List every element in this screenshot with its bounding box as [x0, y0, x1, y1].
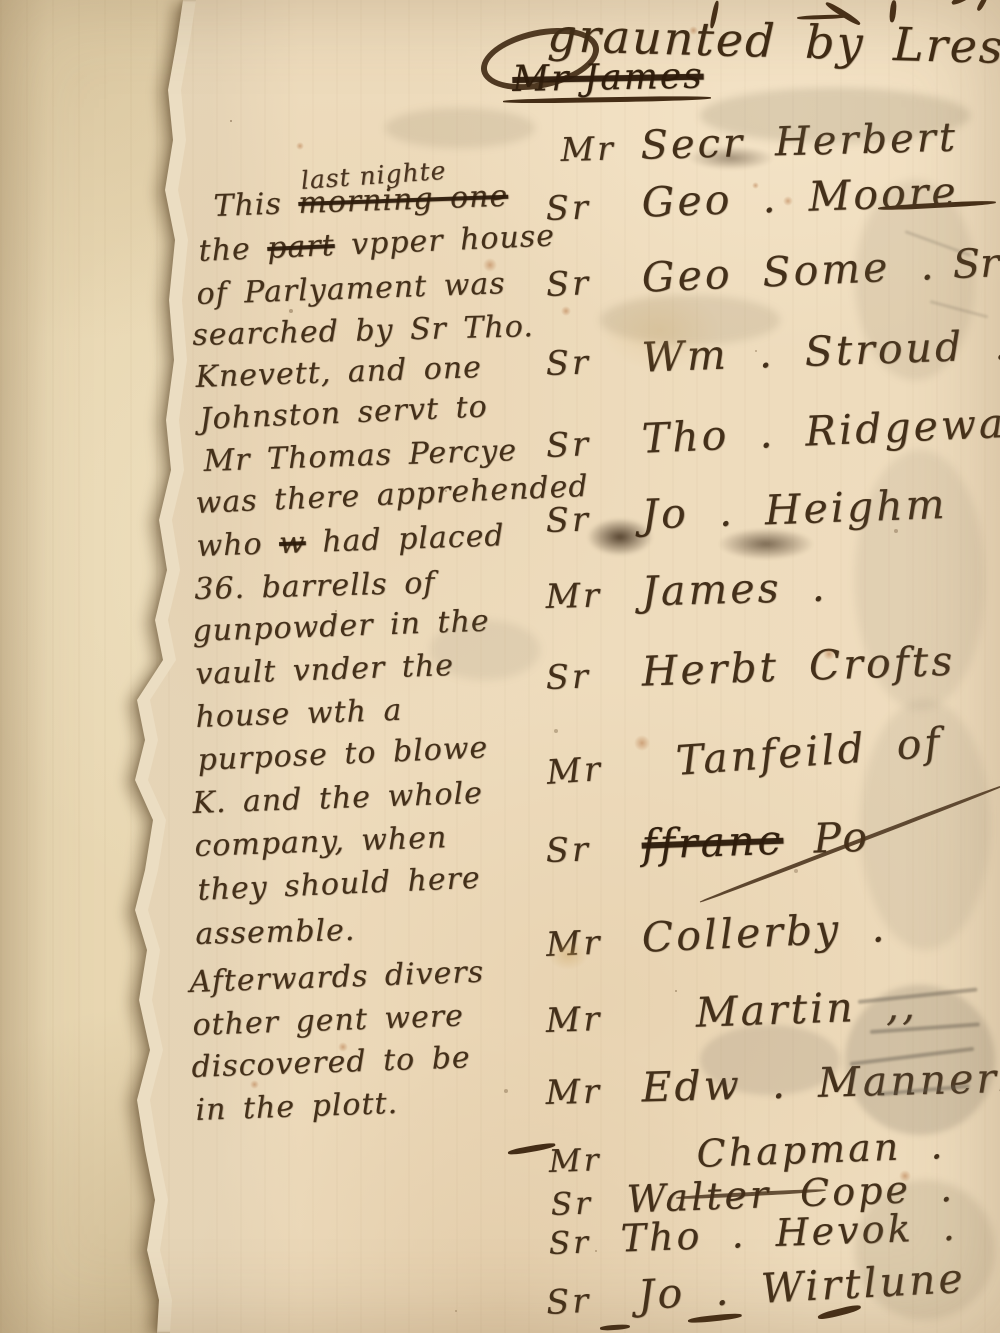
margin-note-line: assemble.: [195, 916, 356, 950]
cut-stroke-bottom: [600, 1324, 630, 1331]
margin-note-line: purpose to blowe: [197, 733, 489, 776]
show-through: [855, 180, 975, 380]
name-text: James .: [641, 567, 828, 613]
paper-speckles: [230, 120, 232, 122]
line-text: house wth a: [195, 693, 403, 735]
torn-edge: graunted by Lres pa Mr James last nighte…: [0, 0, 1000, 1333]
struck-text: w: [278, 525, 306, 561]
honorific: Mr: [545, 747, 677, 790]
show-through: [430, 620, 540, 680]
margin-note-line: Afterwards divers: [189, 958, 485, 998]
line-text: other gent were: [192, 999, 465, 1043]
line-text: K. and the whole: [192, 776, 484, 821]
margin-note-line: house wth a: [195, 696, 403, 733]
line-text: Knevett, and one: [195, 350, 483, 395]
show-through: [860, 700, 990, 950]
margin-note-line: Knevett, and one: [195, 353, 482, 393]
line-text: vault vnder the: [195, 648, 455, 692]
line-text: they should here: [197, 861, 481, 908]
honorific: Sr: [545, 658, 642, 695]
name-text: Tho . Ridgewa: [641, 403, 1000, 460]
line-text: searched by Sr Tho.: [192, 309, 534, 353]
line-text: 36. barrells of: [194, 566, 436, 607]
ink-blot: [587, 518, 653, 556]
honorific: Sr: [545, 1281, 639, 1319]
foxing-stain: [823, 648, 835, 660]
foxing-stain: [899, 1170, 911, 1182]
line-text: of Parlyament was: [196, 266, 506, 312]
honorific: Mr: [545, 999, 696, 1038]
line-text: had placed: [305, 518, 505, 560]
line-text: vpper house: [334, 218, 556, 263]
margin-note-line: the part vpper house: [198, 221, 556, 267]
line-text: the: [198, 231, 268, 269]
margin-note-line: Mr Thomas Percye: [203, 436, 518, 477]
name-text: ffranc Po: [641, 817, 871, 866]
margin-note-line: who w had placed: [196, 521, 505, 562]
foxing-stain: [783, 196, 793, 206]
line-text: Johnston servt to: [199, 389, 489, 437]
ink-smudge: [688, 146, 774, 170]
margin-note-line: in the plott.: [195, 1089, 399, 1126]
struck-text: ffranc: [641, 816, 784, 869]
honorific: Sr: [545, 831, 642, 868]
honorific: Sr: [545, 425, 642, 463]
foxing-stain: [338, 1042, 348, 1052]
names-list-row: MrJames .: [545, 567, 828, 615]
honorific: Mr: [545, 1073, 642, 1109]
struck-text: part: [266, 228, 335, 266]
manuscript-photo: graunted by Lres pa Mr James last nighte…: [0, 0, 1000, 1333]
foxing-stain: [483, 258, 497, 272]
line-text: Afterwards divers: [189, 955, 485, 1000]
line-text: This: [213, 186, 299, 224]
margin-note-line: discovered to be: [191, 1043, 471, 1083]
show-through: [855, 1180, 995, 1320]
line-text: assemble.: [195, 913, 356, 952]
cut-stroke: [976, 0, 988, 12]
show-through: [385, 108, 535, 148]
line-text: who: [196, 526, 280, 564]
foxing-stain: [250, 1080, 259, 1089]
foxing-stain: [689, 26, 698, 35]
foxing-stain: [296, 142, 304, 150]
line-text: purpose to blowe: [197, 730, 489, 778]
line-text: in the plott.: [195, 1086, 399, 1128]
name-text: Collerby .: [641, 907, 888, 959]
margin-note-line: Johnston servt to: [199, 392, 488, 435]
honorific: Mr: [548, 1142, 697, 1178]
margin-note-line: vault vnder the: [195, 651, 454, 690]
line-text: Mr Thomas Percye: [203, 433, 518, 479]
struck-text: morning one: [298, 179, 509, 221]
margin-note-line: other gent were: [192, 1002, 464, 1041]
show-through: [855, 450, 985, 710]
names-list-row: Srffranc Po: [545, 817, 871, 869]
honorific: Mr: [560, 132, 641, 167]
foxing-stain: [561, 306, 571, 316]
honorific: Sr: [545, 189, 642, 226]
line-text: discovered to be: [191, 1040, 471, 1085]
struck-mr-james: Mr James: [512, 59, 704, 98]
ink-blot: [718, 528, 814, 560]
honorific: Mr: [545, 577, 642, 613]
line-text: company, when: [194, 820, 448, 864]
margin-note-line: they should here: [197, 864, 481, 906]
names-list-row: MrCollerby .: [545, 907, 888, 963]
paper-stain: [548, 940, 588, 970]
margin-note-line: of Parlyament was: [196, 269, 506, 310]
margin-note-line: searched by Sr Tho.: [192, 312, 534, 351]
margin-note-line: This morning one: [213, 182, 509, 222]
show-through: [700, 88, 970, 143]
margin-note-line: 36. barrells of: [194, 569, 436, 605]
margin-note-line: K. and the whole: [192, 779, 483, 819]
margin-note-line: was there apprehended: [195, 472, 589, 519]
foxing-stain: [634, 735, 650, 751]
foxing-stain: [752, 182, 759, 189]
margin-note-line: company, when: [194, 823, 448, 862]
paper-stain: [600, 290, 720, 370]
honorific: Sr: [548, 1226, 621, 1260]
show-through: [700, 1025, 840, 1095]
honorific: Sr: [550, 1187, 627, 1221]
